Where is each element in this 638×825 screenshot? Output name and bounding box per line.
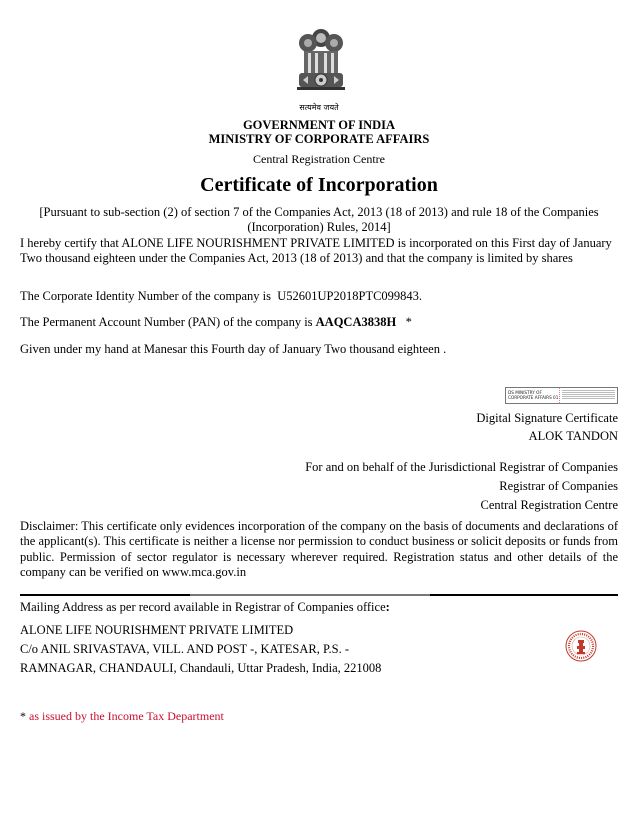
mailing-address-line: ALONE LIFE NOURISHMENT PRIVATE LIMITED [20,623,293,638]
signer-name: ALOK TANDON [529,429,618,444]
given-under-hand-line: Given under my hand at Manesar this Four… [20,342,618,357]
signature-stamp-details [560,388,617,403]
office-subheading: Central Registration Centre [0,152,638,166]
dsc-label: Digital Signature Certificate [476,411,618,426]
section-divider-overlay [190,594,430,596]
mailing-address-line: C/o ANIL SRIVASTAVA, VILL. AND POST -, K… [20,642,349,657]
mailing-address-label: Mailing Address as per record available … [20,600,390,615]
pan-footnote-marker: * [406,315,412,329]
pan-line: The Permanent Account Number (PAN) of th… [20,315,618,330]
digital-signature-stamp: DS MINISTRY OF CORPORATE AFFAIRS 01 [505,387,618,404]
mailing-address-line: RAMNAGAR, CHANDAULI, Chandauli, Uttar Pr… [20,661,381,676]
ministry-heading: MINISTRY OF CORPORATE AFFAIRS [0,132,638,146]
footnote-marker: * [20,709,26,723]
certificate-title: Certificate of Incorporation [0,173,638,197]
pan-label: The Permanent Account Number (PAN) of th… [20,315,313,329]
footnote: * as issued by the Income Tax Department [20,709,224,723]
on-behalf-line: For and on behalf of the Jurisdictional … [305,460,618,475]
national-emblem-icon [290,26,352,106]
motto-text: सत्यमेव जयते [0,103,638,113]
certify-paragraph: I hereby certify that ALONE LIFE NOURISH… [20,236,618,273]
signature-stamp-text: DS MINISTRY OF CORPORATE AFFAIRS 01 [506,388,560,403]
registrar-office: Central Registration Centre [481,498,618,513]
cin-value: U52601UP2018PTC099843. [277,289,422,303]
mca-seal-icon [565,630,597,662]
cin-line: The Corporate Identity Number of the com… [20,289,618,304]
pursuant-clause: [Pursuant to sub-section (2) of section … [20,205,618,234]
government-heading: GOVERNMENT OF INDIA [0,118,638,132]
footnote-text: as issued by the Income Tax Department [29,709,224,723]
disclaimer-paragraph: Disclaimer: This certificate only eviden… [20,519,618,580]
pan-value: AAQCA3838H [316,315,397,329]
registrar-role: Registrar of Companies [499,479,618,494]
cin-label: The Corporate Identity Number of the com… [20,289,271,303]
